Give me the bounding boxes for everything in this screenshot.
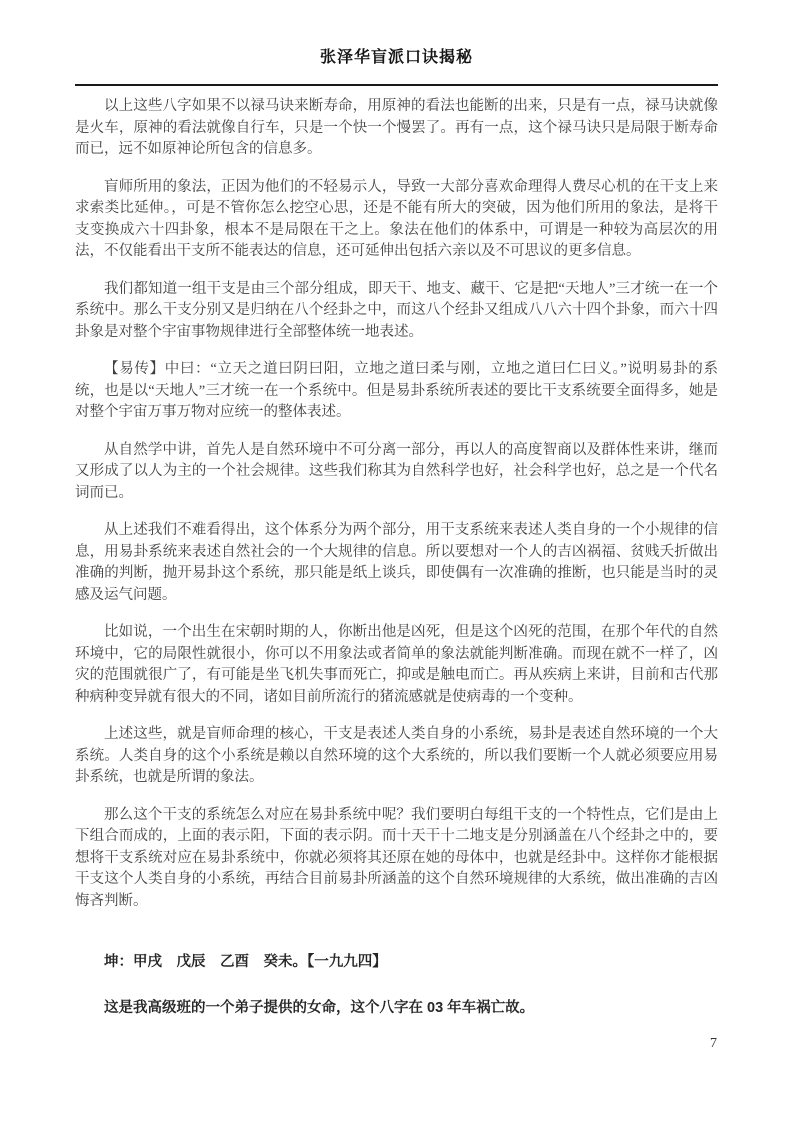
bazi-pillars-line: 坤：甲戌 戊辰 乙酉 癸未。【一九九四】: [75, 952, 718, 974]
example-section: 坤：甲戌 戊辰 乙酉 癸未。【一九九四】 这是我高级班的一个弟子提供的女命，这个…: [75, 952, 718, 1019]
document-page: 张泽华盲派口诀揭秘 以上这些八字如果不以禄马诀来断寿命，用原神的看法也能断的出来…: [0, 0, 793, 1122]
paragraph: 从上述我们不难看得出，这个体系分为两个部分，用干支系统来表述人类自身的一个小规律…: [75, 520, 718, 606]
paragraph: 【易传】中曰：“立天之道曰阴曰阳，立地之道曰柔与刚，立地之道曰仁曰义。”说明易卦…: [75, 359, 718, 424]
page-number: 7: [710, 1036, 717, 1052]
paragraph: 那么这个干支的系统怎么对应在易卦系统中呢？我们要明白每组干支的一个特性点，它们是…: [75, 805, 718, 913]
paragraph: 以上这些八字如果不以禄马诀来断寿命，用原神的看法也能断的出来，只是有一点，禄马诀…: [75, 96, 718, 161]
page-content: 张泽华盲派口诀揭秘 以上这些八字如果不以禄马诀来断寿命，用原神的看法也能断的出来…: [0, 0, 793, 1019]
paragraph: 比如说，一个出生在宋朝时期的人，你断出他是凶死，但是这个凶死的范围，在那个年代的…: [75, 622, 718, 708]
example-note-line: 这是我高级班的一个弟子提供的女命，这个八字在 03 年车祸亡故。: [75, 998, 718, 1020]
paragraph: 盲师所用的象法，正因为他们的不轻易示人，导致一大部分喜欢命理得人费尽心机的在干支…: [75, 177, 718, 263]
paragraph: 上述这些，就是盲师命理的核心，干支是表述人类自身的小系统，易卦是表述自然环境的一…: [75, 724, 718, 789]
paragraph: 我们都知道一组干支是由三个部分组成，即天干、地支、藏干、它是把“天地人”三才统一…: [75, 279, 718, 344]
paragraph: 从自然学中讲，首先人是自然环境中不可分离一部分，再以人的高度智商以及群体性来讲，…: [75, 440, 718, 505]
header-divider: [75, 84, 718, 86]
page-title: 张泽华盲派口诀揭秘: [75, 46, 718, 70]
